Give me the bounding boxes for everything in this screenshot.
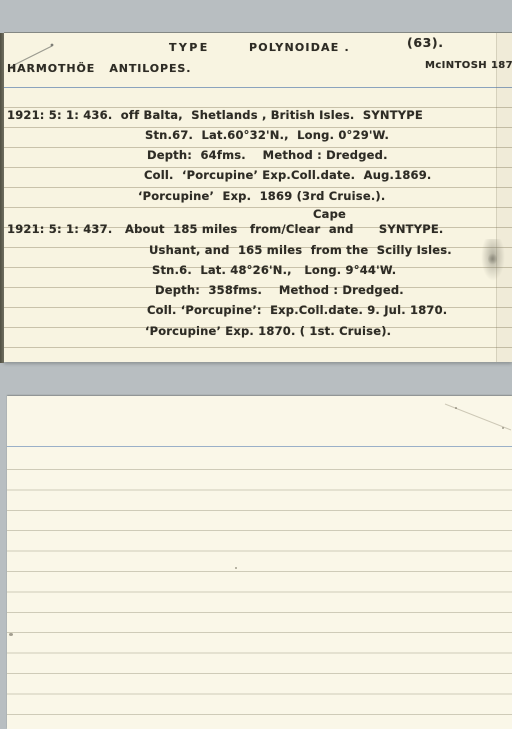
catalog-card-top: TYPE POLYNOIDAE . (63). HARMOTHÖE ANTILO… xyxy=(4,33,512,362)
speck xyxy=(455,407,457,409)
corner-crease xyxy=(437,400,512,434)
ruled-lines xyxy=(7,469,512,716)
catalog-line: Depth: 64fms. Method : Dredged. xyxy=(147,148,388,162)
catalog-line: ‘Porcupine’ Exp. 1870. ( 1st. Cruise). xyxy=(145,324,391,338)
insert-word-cape: Cape xyxy=(313,207,346,221)
catalog-line: Coll. ‘Porcupine’ Exp.Coll.date. Aug.186… xyxy=(144,168,432,182)
catalog-line: Stn.6. Lat. 48°26'N., Long. 9°44'W. xyxy=(152,263,396,277)
type-label: TYPE xyxy=(169,41,210,55)
catalog-line: ‘Porcupine’ Exp. 1869 (3rd Cruise.). xyxy=(138,189,385,203)
family-name: POLYNOIDAE . xyxy=(249,41,350,55)
head-rule-line xyxy=(7,446,512,447)
stain-smudge-core xyxy=(488,253,497,265)
crease-shading xyxy=(497,33,512,362)
catalog-line: Ushant, and 165 miles from the Scilly Is… xyxy=(149,243,452,257)
catalog-card-bottom xyxy=(7,396,512,729)
speck xyxy=(502,427,504,429)
catalog-line: Coll. ‘Porcupine’: Exp.Coll.date. 9. Jul… xyxy=(147,303,447,317)
catalog-line: 1921: 5: 1: 436. off Balta, Shetlands , … xyxy=(7,108,423,122)
catalog-line: 1921: 5: 1: 437. About 185 miles from/Cl… xyxy=(7,222,444,236)
card-number: (63). xyxy=(407,36,444,50)
catalog-line: Depth: 358fms. Method : Dredged. xyxy=(155,283,404,297)
author-citation: McINTOSH 1876. xyxy=(425,59,512,73)
species-name: HARMOTHÖE ANTILOPES. xyxy=(7,62,191,76)
scanned-index-card-page: TYPE POLYNOIDAE . (63). HARMOTHÖE ANTILO… xyxy=(0,0,512,729)
speck xyxy=(9,633,13,636)
head-rule-line xyxy=(4,87,512,88)
speck xyxy=(235,567,237,569)
catalog-line: Stn.67. Lat.60°32'N., Long. 0°29'W. xyxy=(145,128,389,142)
